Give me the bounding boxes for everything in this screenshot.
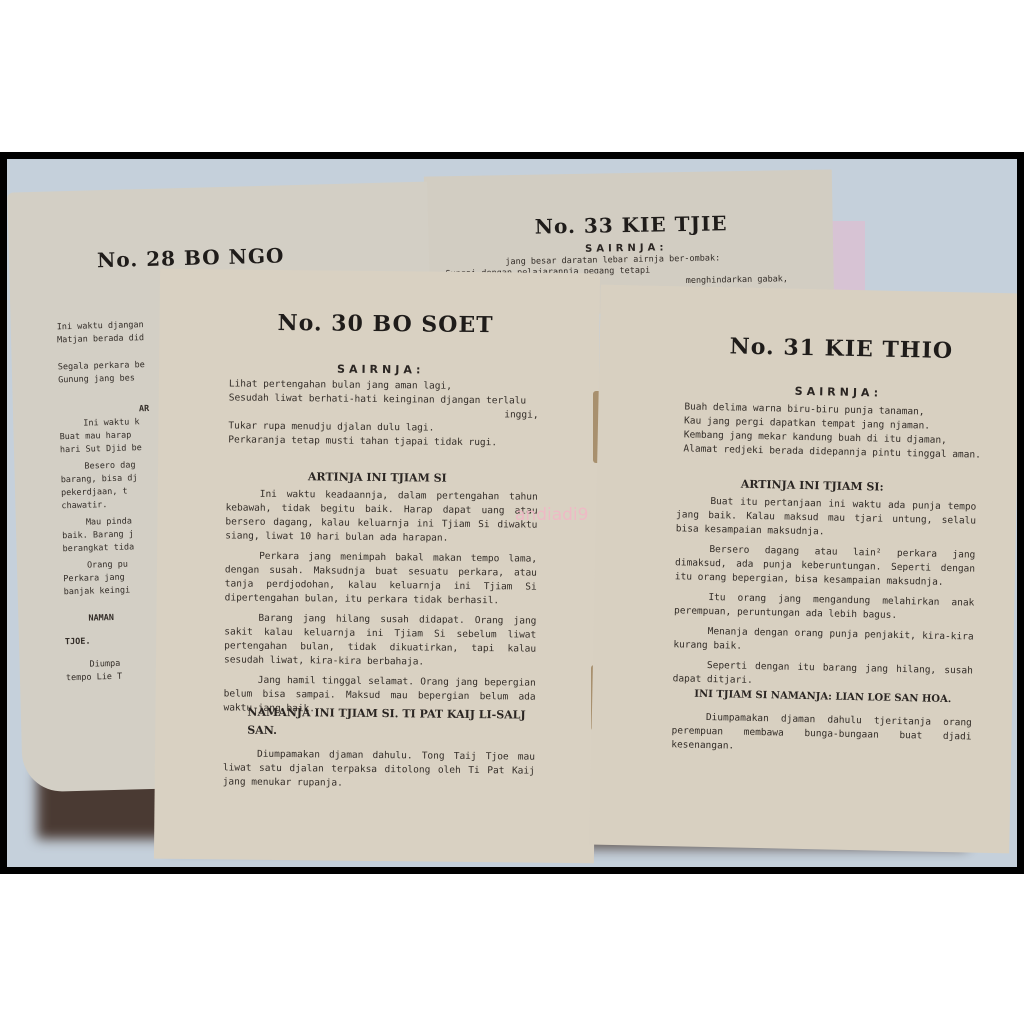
- paragraph: Itu orang jang mengandung melahirkan ana…: [674, 590, 975, 624]
- photo-frame: No. 33 KIE TJIE SAIRNJA: jang besar dara…: [0, 152, 1024, 874]
- namanja-heading: NAMANJA INI TJIAM SI. TI PAT KAIJ LI-SAL…: [247, 704, 537, 743]
- page-no-31: No. 31 KIE THIO SAIRNJA: Buah delima war…: [589, 285, 1017, 854]
- paragraph: Bersero dagang atau lain² perkara jang d…: [675, 542, 976, 590]
- story-text: Diumpamakan djaman dahulu tjeritanja ora…: [671, 710, 972, 764]
- page-title: No. 33 KIE TJIE: [534, 211, 727, 238]
- paragraph: Diumpamakan djaman dahulu tjeritanja ora…: [671, 710, 972, 758]
- sairnja-heading: SAIRNJA:: [795, 385, 883, 400]
- page-title: No. 28 BO NGO: [97, 243, 285, 272]
- paragraph: Buat itu pertanjaan ini waktu ada punja …: [676, 494, 977, 542]
- page-title: No. 31 KIE THIO: [729, 333, 953, 364]
- artinja-heading: ARTINJA INI TJIAM SI:: [741, 478, 884, 494]
- verse-text: Buah delima warna biru-biru punja tanama…: [683, 400, 984, 462]
- verse-text: Lihat pertengahan bulan jang aman lagi, …: [228, 377, 539, 450]
- meaning-text: Buat itu pertanjaan ini waktu ada punja …: [672, 494, 976, 698]
- paragraph: Barang jang hilang susah didapat. Orang …: [224, 611, 537, 670]
- verse-line: Perkaranja tetap musti tahan tjapai tida…: [228, 433, 538, 450]
- page-title: No. 30 BO SOET: [277, 310, 493, 338]
- sairnja-heading: SAIRNJA:: [337, 363, 425, 377]
- watermark: andiadi9: [515, 505, 588, 525]
- artinja-heading: ARTINJA INI TJIAM SI: [308, 470, 447, 484]
- paragraph: Ini waktu keadaannja, dalam pertengahan …: [225, 487, 538, 546]
- sairnja-heading: SAIRNJA:: [585, 242, 668, 254]
- page-no-30: No. 30 BO SOET SAIRNJA: Lihat pertengaha…: [154, 269, 600, 864]
- photograph: No. 33 KIE TJIE SAIRNJA: jang besar dara…: [7, 159, 1017, 867]
- story-text: Diumpamakan djaman dahulu. Tong Taij Tjo…: [223, 747, 535, 798]
- paragraph: Seperti dengan itu barang jang hilang, s…: [673, 658, 974, 692]
- paragraph: Perkara jang menimpah bakal makan tempo …: [225, 549, 538, 608]
- meaning-text: Ini waktu keadaannja, dalam pertengahan …: [223, 487, 537, 724]
- paragraph: Menanja dengan orang punja penjakit, kir…: [673, 624, 974, 658]
- pink-booklet-edge: [829, 221, 865, 291]
- paragraph: Diumpamakan djaman dahulu. Tong Taij Tjo…: [223, 747, 535, 792]
